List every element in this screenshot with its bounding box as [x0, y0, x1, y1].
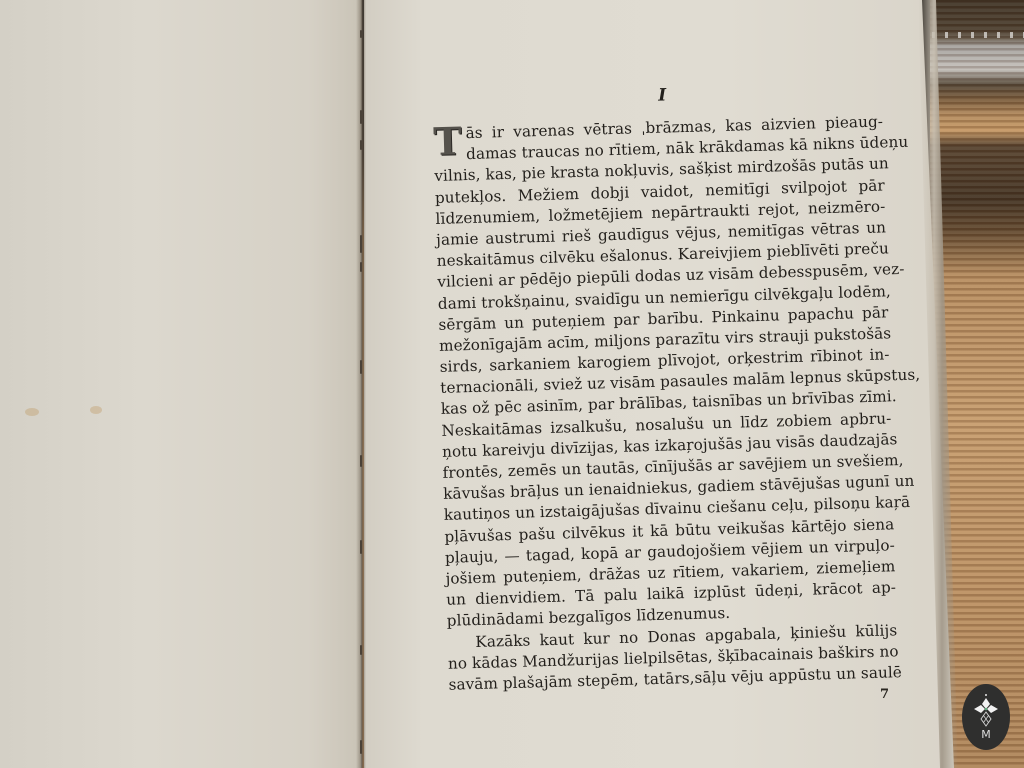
- binding-stitch: [360, 360, 362, 374]
- binding-stitch: [360, 455, 362, 467]
- drop-cap: T: [433, 125, 462, 158]
- foxing-spot: [90, 406, 102, 414]
- binding-stitch: [360, 645, 362, 655]
- binding-stitch: [360, 30, 362, 38]
- watermark-badge: M: [962, 684, 1010, 750]
- watermark-letter: M: [981, 728, 991, 741]
- chapter-text: I T ās ir varenas vētras ˌbrāzmas, kas a…: [432, 79, 899, 695]
- binding-stitch: [360, 140, 362, 150]
- binding-stitch: [360, 235, 362, 253]
- page-number: 7: [880, 687, 889, 702]
- foxing-spot: [25, 408, 39, 416]
- book-photo: I T ās ir varenas vētras ˌbrāzmas, kas a…: [0, 0, 1024, 768]
- flower-diamond-monogram-icon: M: [971, 692, 1001, 742]
- metal-rail: [932, 32, 1024, 38]
- binding-stitch: [360, 262, 362, 272]
- binding-stitch: [360, 540, 362, 554]
- binding-stitch: [360, 740, 362, 754]
- binding-stitch: [360, 110, 362, 124]
- left-page-blank: [0, 0, 362, 768]
